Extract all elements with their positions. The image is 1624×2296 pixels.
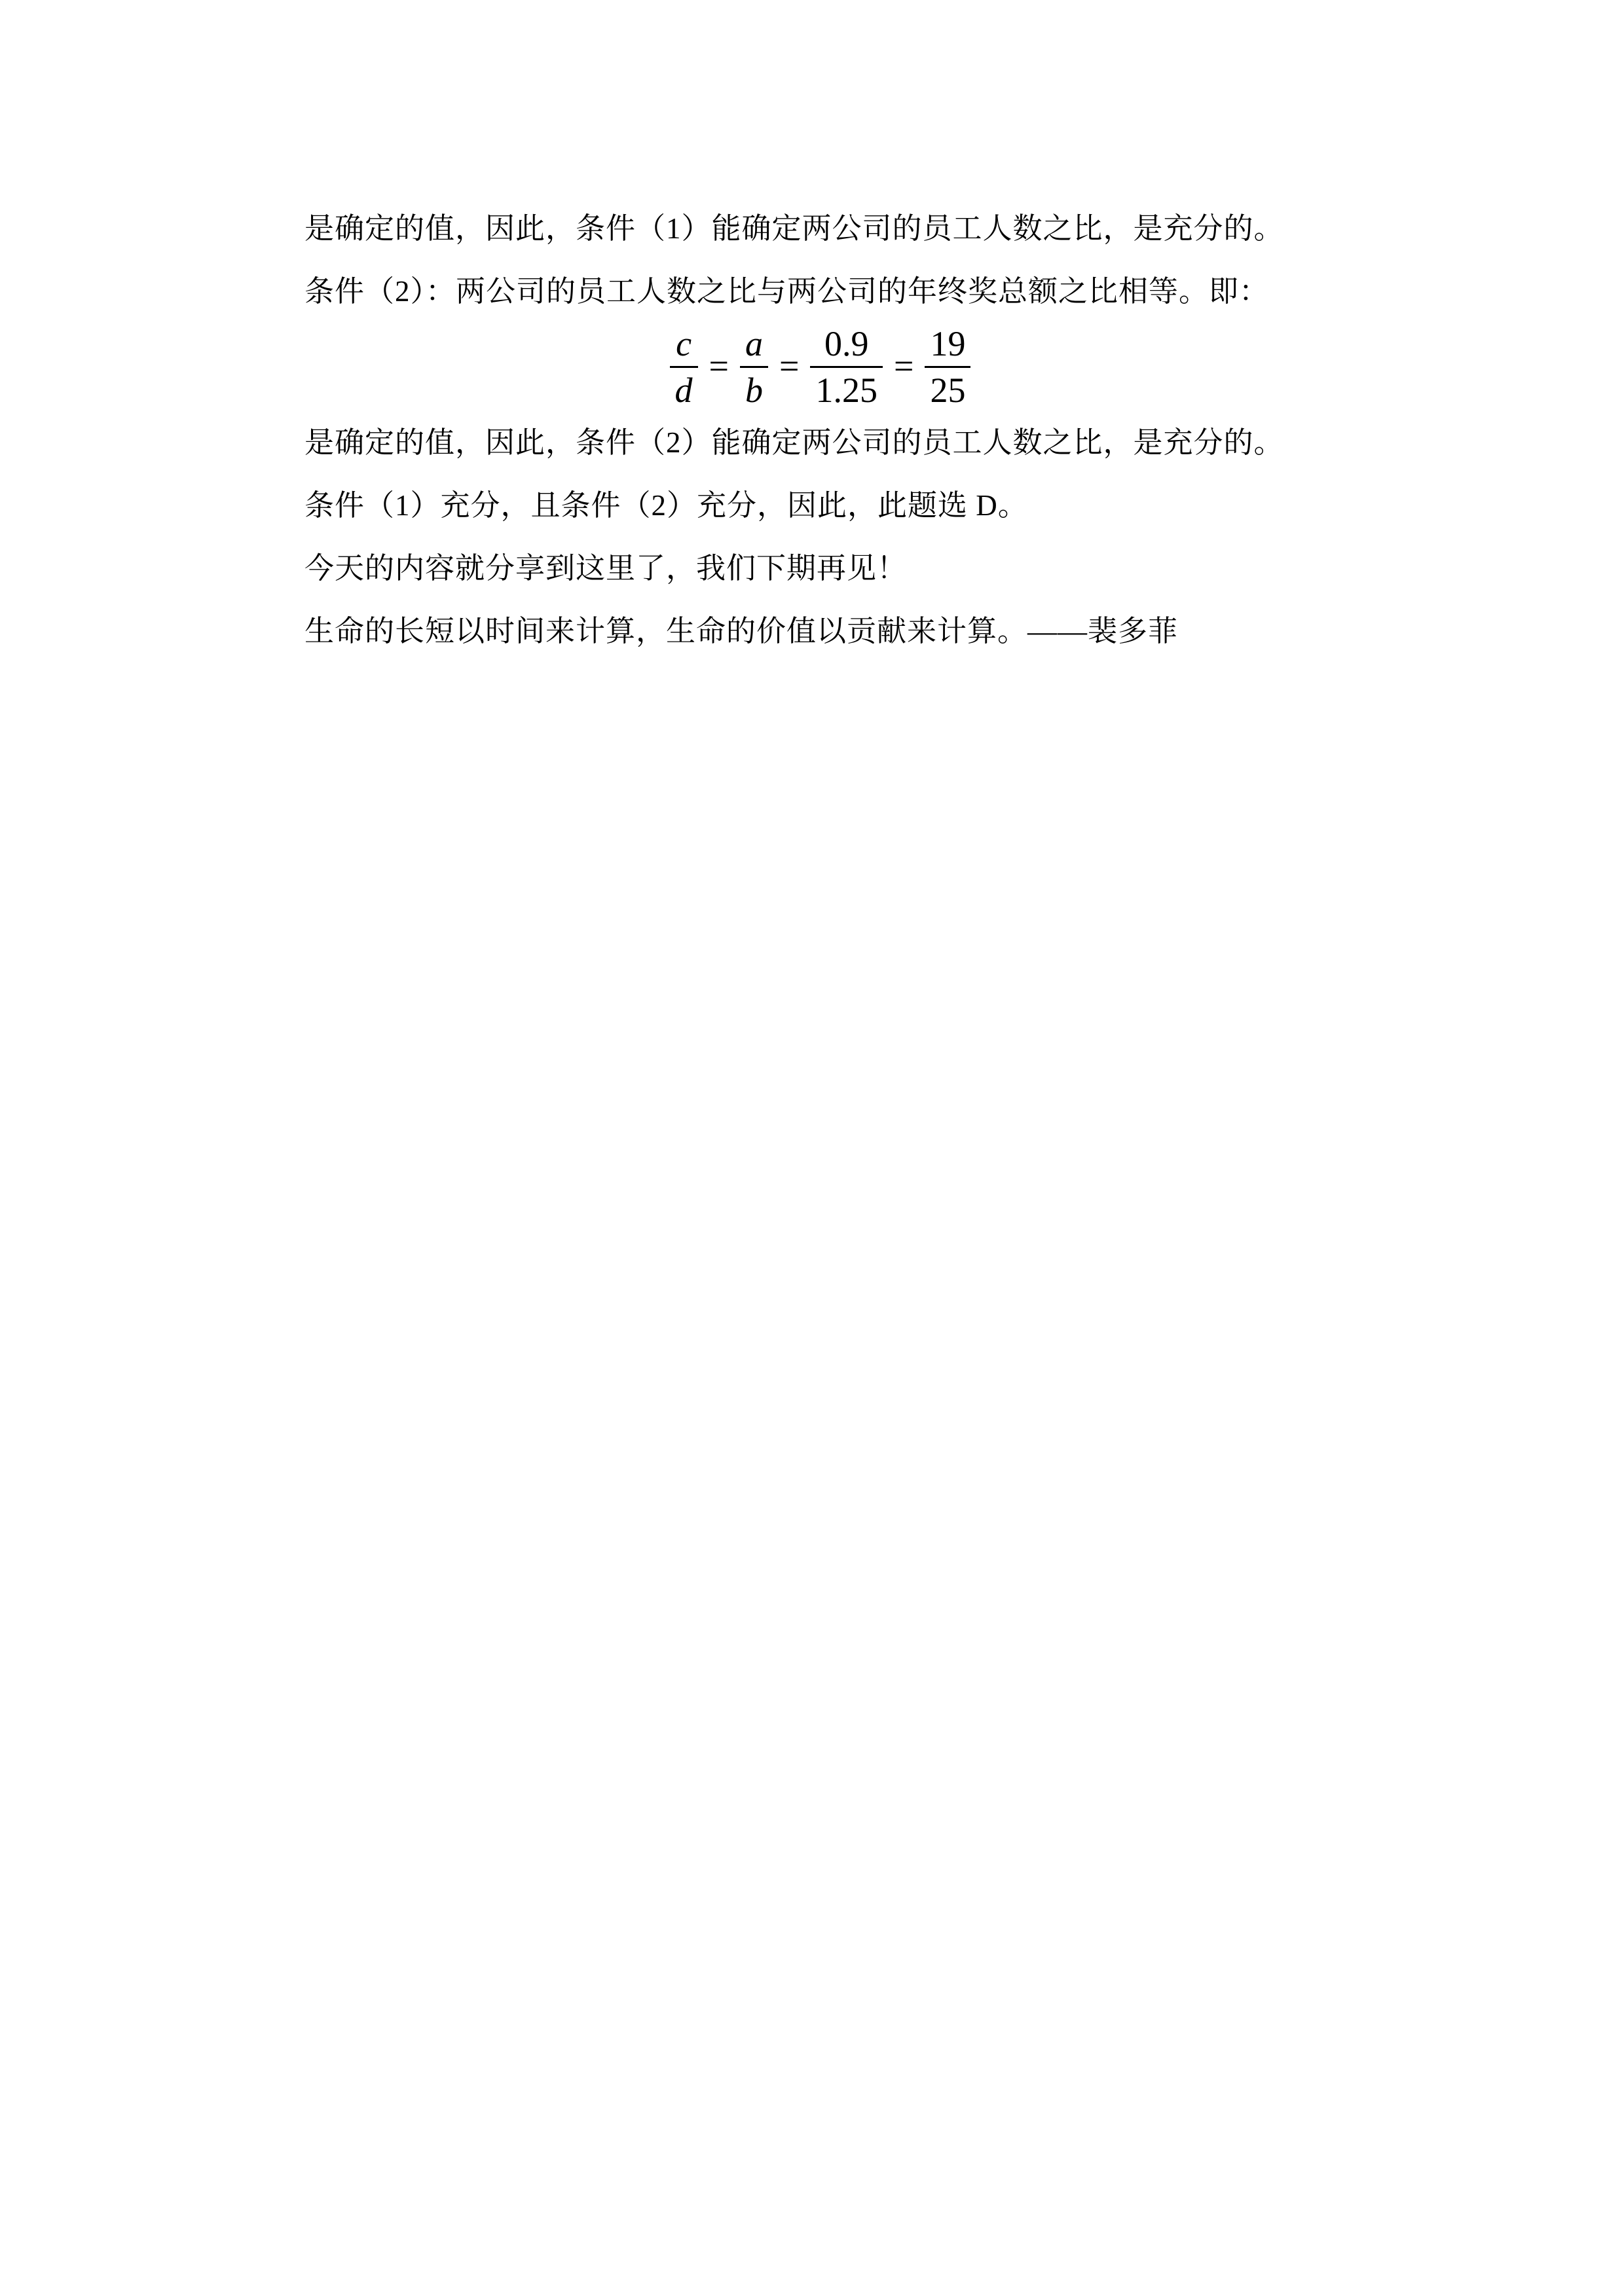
fraction-numerator: c [671,326,697,366]
fraction-numerator: 19 [925,326,970,366]
fraction-denominator: 1.25 [810,366,883,408]
paragraph-condition2-conclusion: 是确定的值，因此，条件（2）能确定两公司的员工人数之比，是充分的。 [304,411,1336,474]
paragraph-condition2-statement: 条件（2）：两公司的员工人数之比与两公司的年终奖总额之比相等。即： [304,260,1336,323]
paragraph-condition1-conclusion: 是确定的值，因此，条件（1）能确定两公司的员工人数之比，是充分的。 [304,197,1336,260]
equation-row: c d = a b = 0.9 1.25 = 19 25 [304,323,1336,411]
fraction-denominator: 25 [925,366,970,408]
equals-sign: = [779,348,799,384]
fraction-denominator: b [740,366,768,408]
fraction-numerator: 0.9 [819,326,874,366]
paragraph-quote: 生命的长短以时间来计算，生命的价值以贡献来计算。——裴多菲 [304,600,1336,663]
paragraph-answer-choice: 条件（1）充分，且条件（2）充分，因此，此题选 D。 [304,474,1336,537]
equals-sign: = [709,348,729,384]
fraction-a-over-b: a b [740,326,768,408]
fraction-decimal: 0.9 1.25 [810,326,883,408]
fraction-numerator: a [740,326,768,366]
equals-sign: = [894,348,913,384]
fraction-denominator: d [670,366,698,408]
document-content: 是确定的值，因此，条件（1）能确定两公司的员工人数之比，是充分的。 条件（2）：… [304,197,1336,663]
fraction-c-over-d: c d [670,326,698,408]
paragraph-closing-remark: 今天的内容就分享到这里了，我们下期再见！ [304,537,1336,600]
document-page: 是确定的值，因此，条件（1）能确定两公司的员工人数之比，是充分的。 条件（2）：… [0,0,1624,2296]
fraction-19-over-25: 19 25 [925,326,970,408]
